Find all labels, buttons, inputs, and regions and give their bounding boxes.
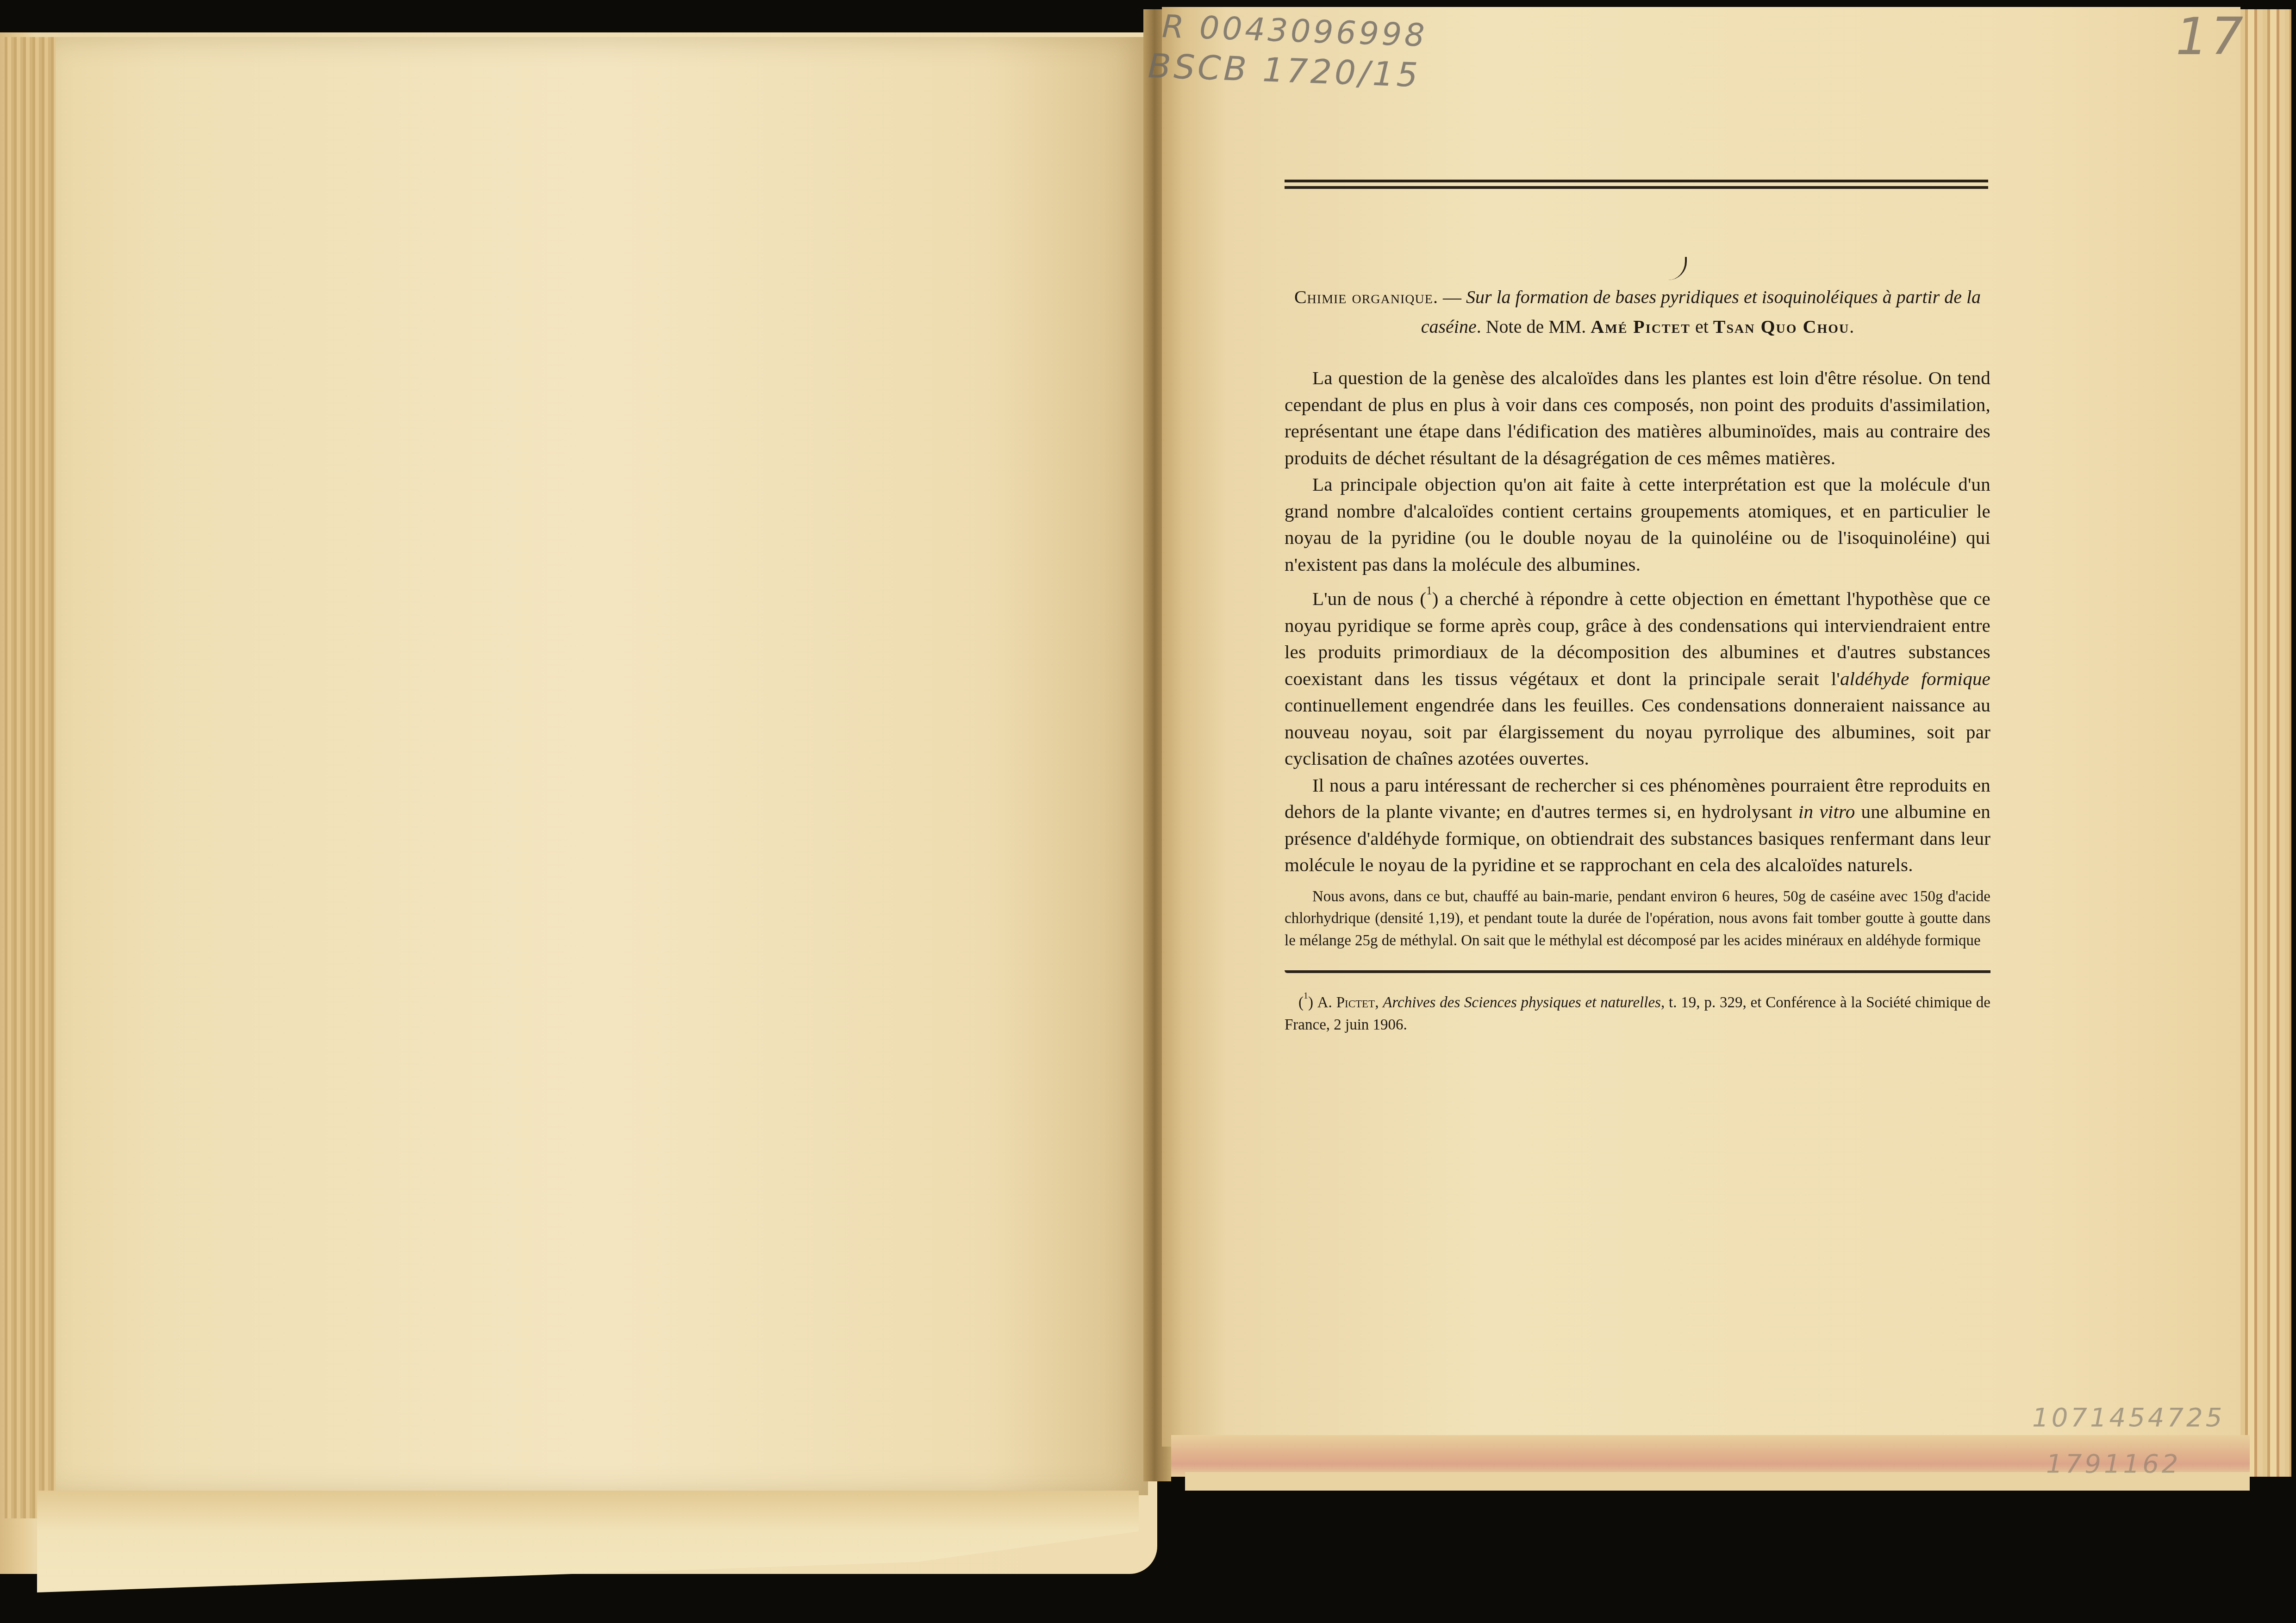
page-number: 17	[2176, 7, 2246, 66]
footnote-marker: 1	[1304, 991, 1308, 1001]
footnote-author: A. Pictet	[1317, 994, 1375, 1011]
p3-italic: aldéhyde formique	[1840, 668, 1990, 689]
article-heading: Chimie organique. — Sur la formation de …	[1285, 282, 1990, 342]
author-conjunction: et	[1691, 316, 1713, 337]
paragraph-4: Il nous a paru intéressant de rechercher…	[1285, 772, 1990, 879]
footnote-sep: ,	[1375, 994, 1383, 1011]
footnote-journal: Archives des Sciences physiques et natur…	[1383, 994, 1661, 1011]
p3-text-a: L'un de nous (	[1312, 588, 1426, 609]
bottom-handwritten-number-1: 1071454725	[2032, 1403, 2225, 1433]
paragraph-3: L'un de nous (1) a cherché à répondre à …	[1285, 578, 1990, 772]
header-double-rule	[1285, 180, 1988, 192]
p4-italic: in vitro	[1798, 801, 1855, 822]
heading-dash: —	[1438, 287, 1466, 307]
footnote-ref[interactable]: 1	[1426, 585, 1432, 597]
heading-period: .	[1849, 316, 1854, 337]
p3-text-c: continuellement engendrée dans les feuil…	[1285, 694, 1990, 769]
section-rubric: Chimie organique.	[1294, 287, 1438, 307]
footnote: (1) A. Pictet, Archives des Sciences phy…	[1285, 985, 1990, 1036]
article: Chimie organique. — Sur la formation de …	[1285, 282, 1990, 1036]
note-de: . Note de MM.	[1477, 316, 1591, 337]
paragraph-2: La principale objection qu'on ait faite …	[1285, 471, 1990, 578]
author-2: Tsan Quo Chou	[1713, 316, 1849, 337]
bottom-handwritten-number-2: 1791162	[2046, 1449, 2181, 1479]
author-1: Amé Pictet	[1591, 316, 1691, 337]
left-page-blank	[56, 37, 1148, 1495]
footnote-rule	[1285, 970, 1990, 973]
experimental-paragraph: Nous avons, dans ce but, chauffé au bain…	[1285, 886, 1990, 952]
rule-line-top	[1285, 180, 1988, 182]
rule-line-bottom	[1285, 186, 1988, 189]
left-page-edges	[5, 37, 56, 1518]
paragraph-1: La question de la genèse des alcaloïdes …	[1285, 365, 1990, 471]
right-page-edges	[2240, 9, 2291, 1477]
left-page-curl	[37, 1491, 1139, 1592]
